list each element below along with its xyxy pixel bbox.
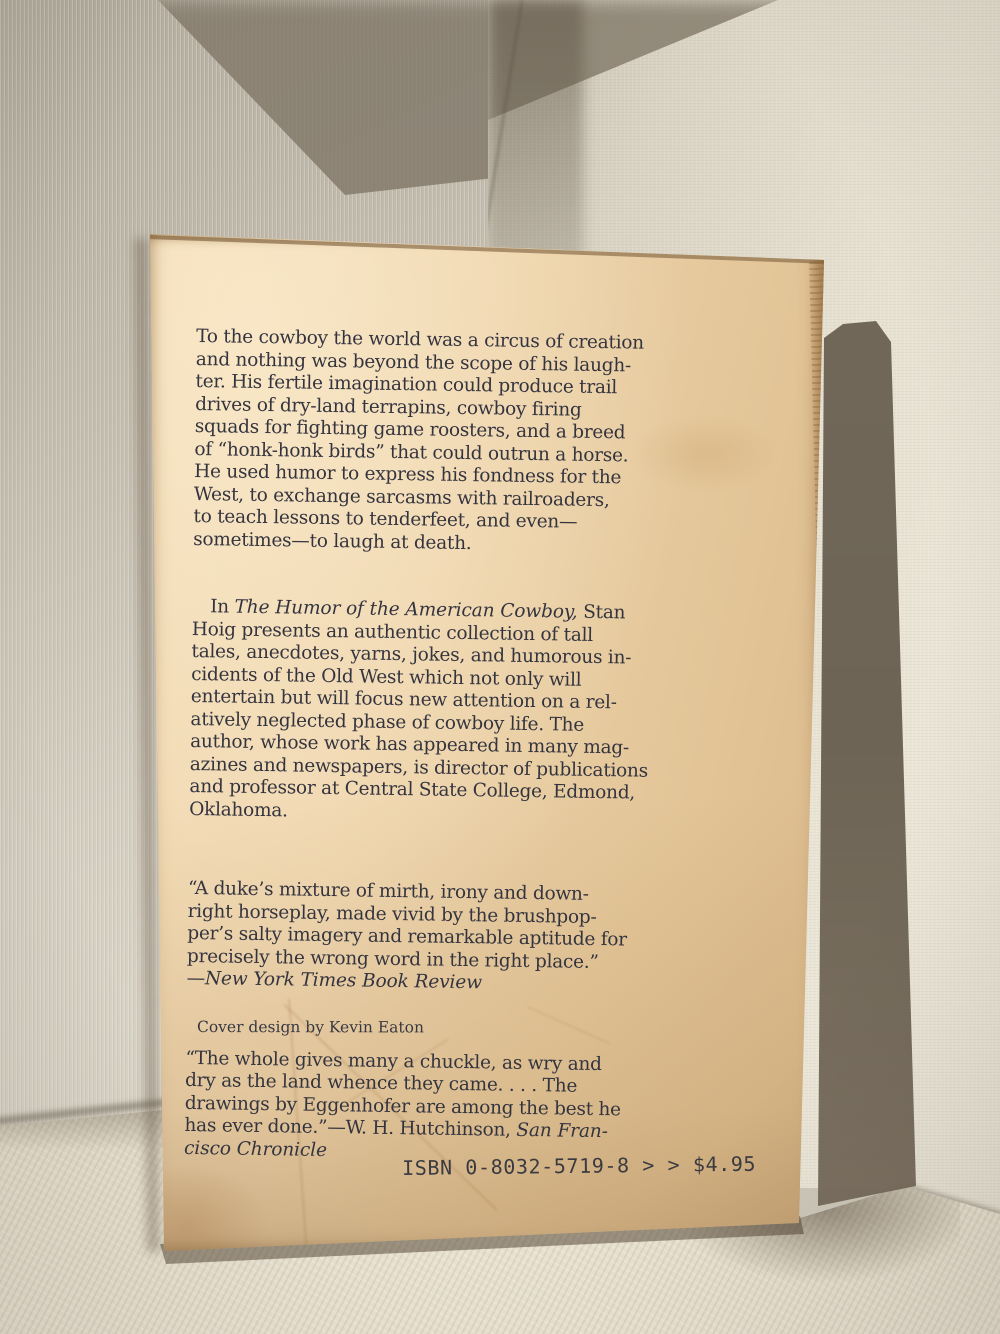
review-quote-sf: “The whole gives many a chuckle, as wry … (184, 1047, 656, 1166)
cover-design-credit: Cover design by Kevin Eaton (197, 1018, 424, 1036)
blurb-paragraph-2-rest: Stan Hoig presents an authentic collecti… (189, 602, 648, 821)
review-source-nyt: New York Times Book Review (205, 968, 482, 993)
isbn-price-line: ISBN 0-8032-5719-8 > > $4.95 (402, 1152, 756, 1180)
blurb-paragraph-2: In The Humor of the American Cowboy, Sta… (189, 596, 662, 828)
blurb-paragraph-2-lead: In (210, 596, 235, 617)
back-cover-blurb: To the cowboy the world was a circus of … (183, 281, 667, 1212)
blurb-paragraph-1: To the cowboy the world was a circus of … (193, 326, 666, 558)
back-cover-text: To the cowboy the world was a circus of … (0, 0, 1000, 1334)
book-title-italic: The Humor of the American Cowboy, (234, 597, 577, 623)
review-quote-nyt: “A duke’s mixture of mirth, irony and do… (186, 878, 658, 997)
